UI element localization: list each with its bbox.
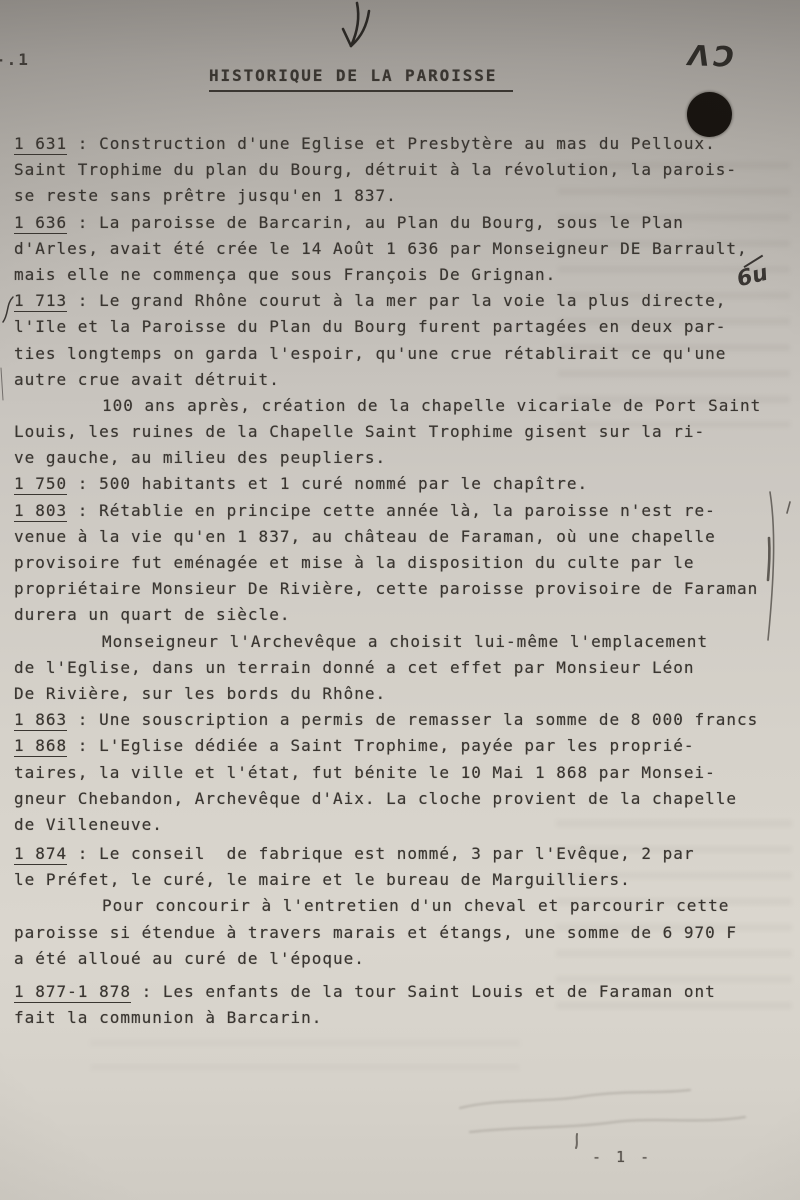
document-line: l'Ile et la Paroisse du Plan du Bourg fu… [14, 314, 794, 340]
document-line: paroisse si étendue à travers marais et … [14, 920, 794, 946]
document-line: 1 868 : L'Eglise dédiée a Saint Trophime… [14, 733, 794, 759]
document-line: gneur Chebandon, Archevêque d'Aix. La cl… [14, 786, 794, 812]
date-underlined: 1 631 [14, 134, 67, 155]
document-line: propriétaire Monsieur De Rivière, cette … [14, 576, 794, 602]
date-underlined: 1 874 [14, 844, 67, 865]
date-underlined: 1 863 [14, 710, 67, 731]
date-underlined: 1 750 [14, 474, 67, 495]
document-line: Pour concourir à l'entretien d'un cheval… [14, 893, 794, 919]
document-line: 1 713 : Le grand Rhône courut à la mer p… [14, 288, 794, 314]
show-through-texture [90, 1040, 520, 1086]
document-line: de l'Eglise, dans un terrain donné a cet… [14, 655, 794, 681]
page-title: HISTORIQUE DE LA PAROISSE [209, 66, 513, 92]
document-line: 1 636 : La paroisse de Barcarin, au Plan… [14, 210, 794, 236]
document-line: Saint Trophime du plan du Bourg, détruit… [14, 157, 794, 183]
date-underlined: 1 877-1 878 [14, 982, 131, 1003]
corner-mark: -.1 [0, 50, 30, 69]
document-line: se reste sans prêtre jusqu'en 1 837. [14, 183, 794, 209]
document-line: De Rivière, sur les bords du Rhône. [14, 681, 794, 707]
document-line: 1 863 : Une souscription a permis de rem… [14, 707, 794, 733]
document-line: 100 ans après, création de la chapelle v… [14, 393, 794, 419]
document-line: a été alloué au curé de l'époque. [14, 946, 794, 972]
document-line: mais elle ne commença que sous François … [14, 262, 794, 288]
document-line: 1 631 : Construction d'une Eglise et Pre… [14, 131, 794, 157]
ink-speck [576, 1134, 577, 1148]
document-line: durera un quart de siècle. [14, 602, 794, 628]
date-underlined: 1 636 [14, 213, 67, 234]
document-line: autre crue avait détruit. [14, 367, 794, 393]
document-line: d'Arles, avait été crée le 14 Août 1 636… [14, 236, 794, 262]
document-line: Monseigneur l'Archevêque a choisit lui-m… [14, 629, 794, 655]
document-line: de Villeneuve. [14, 812, 794, 838]
document-line: provisoire fut eménagée et mise à la dis… [14, 550, 794, 576]
document-line: taires, la ville et l'état, fut bénite l… [14, 760, 794, 786]
document-line: fait la communion à Barcarin. [14, 1005, 794, 1031]
scanned-document-page: -.1 ΛƆ 6u HISTORIQUE DE LA PAROISSE 1 63… [0, 0, 800, 1200]
document-line: ties longtemps on garda l'espoir, qu'une… [14, 341, 794, 367]
document-line: 1 803 : Rétablie en principe cette année… [14, 498, 794, 524]
page-number: - 1 - [592, 1148, 652, 1166]
document-line: ve gauche, au milieu des peupliers. [14, 445, 794, 471]
date-underlined: 1 868 [14, 736, 67, 757]
date-underlined: 1 713 [14, 291, 67, 312]
margin-squiggle-icon [1, 297, 13, 400]
document-line: 1 874 : Le conseil de fabrique est nommé… [14, 841, 794, 867]
date-underlined: 1 803 [14, 501, 67, 522]
handwritten-index-mark: ΛƆ [687, 39, 738, 74]
document-line: le Préfet, le curé, le maire et le burea… [14, 867, 794, 893]
document-line: venue à la vie qu'en 1 837, au château d… [14, 524, 794, 550]
faint-handwriting-show-through [460, 1090, 745, 1132]
document-line: 1 877-1 878 : Les enfants de la tour Sai… [14, 979, 794, 1005]
document-line: 1 750 : 500 habitants et 1 curé nommé pa… [14, 471, 794, 497]
handwritten-arrow-down-icon [343, 3, 369, 46]
document-body: 1 631 : Construction d'une Eglise et Pre… [14, 131, 794, 1031]
document-line: Louis, les ruines de la Chapelle Saint T… [14, 419, 794, 445]
